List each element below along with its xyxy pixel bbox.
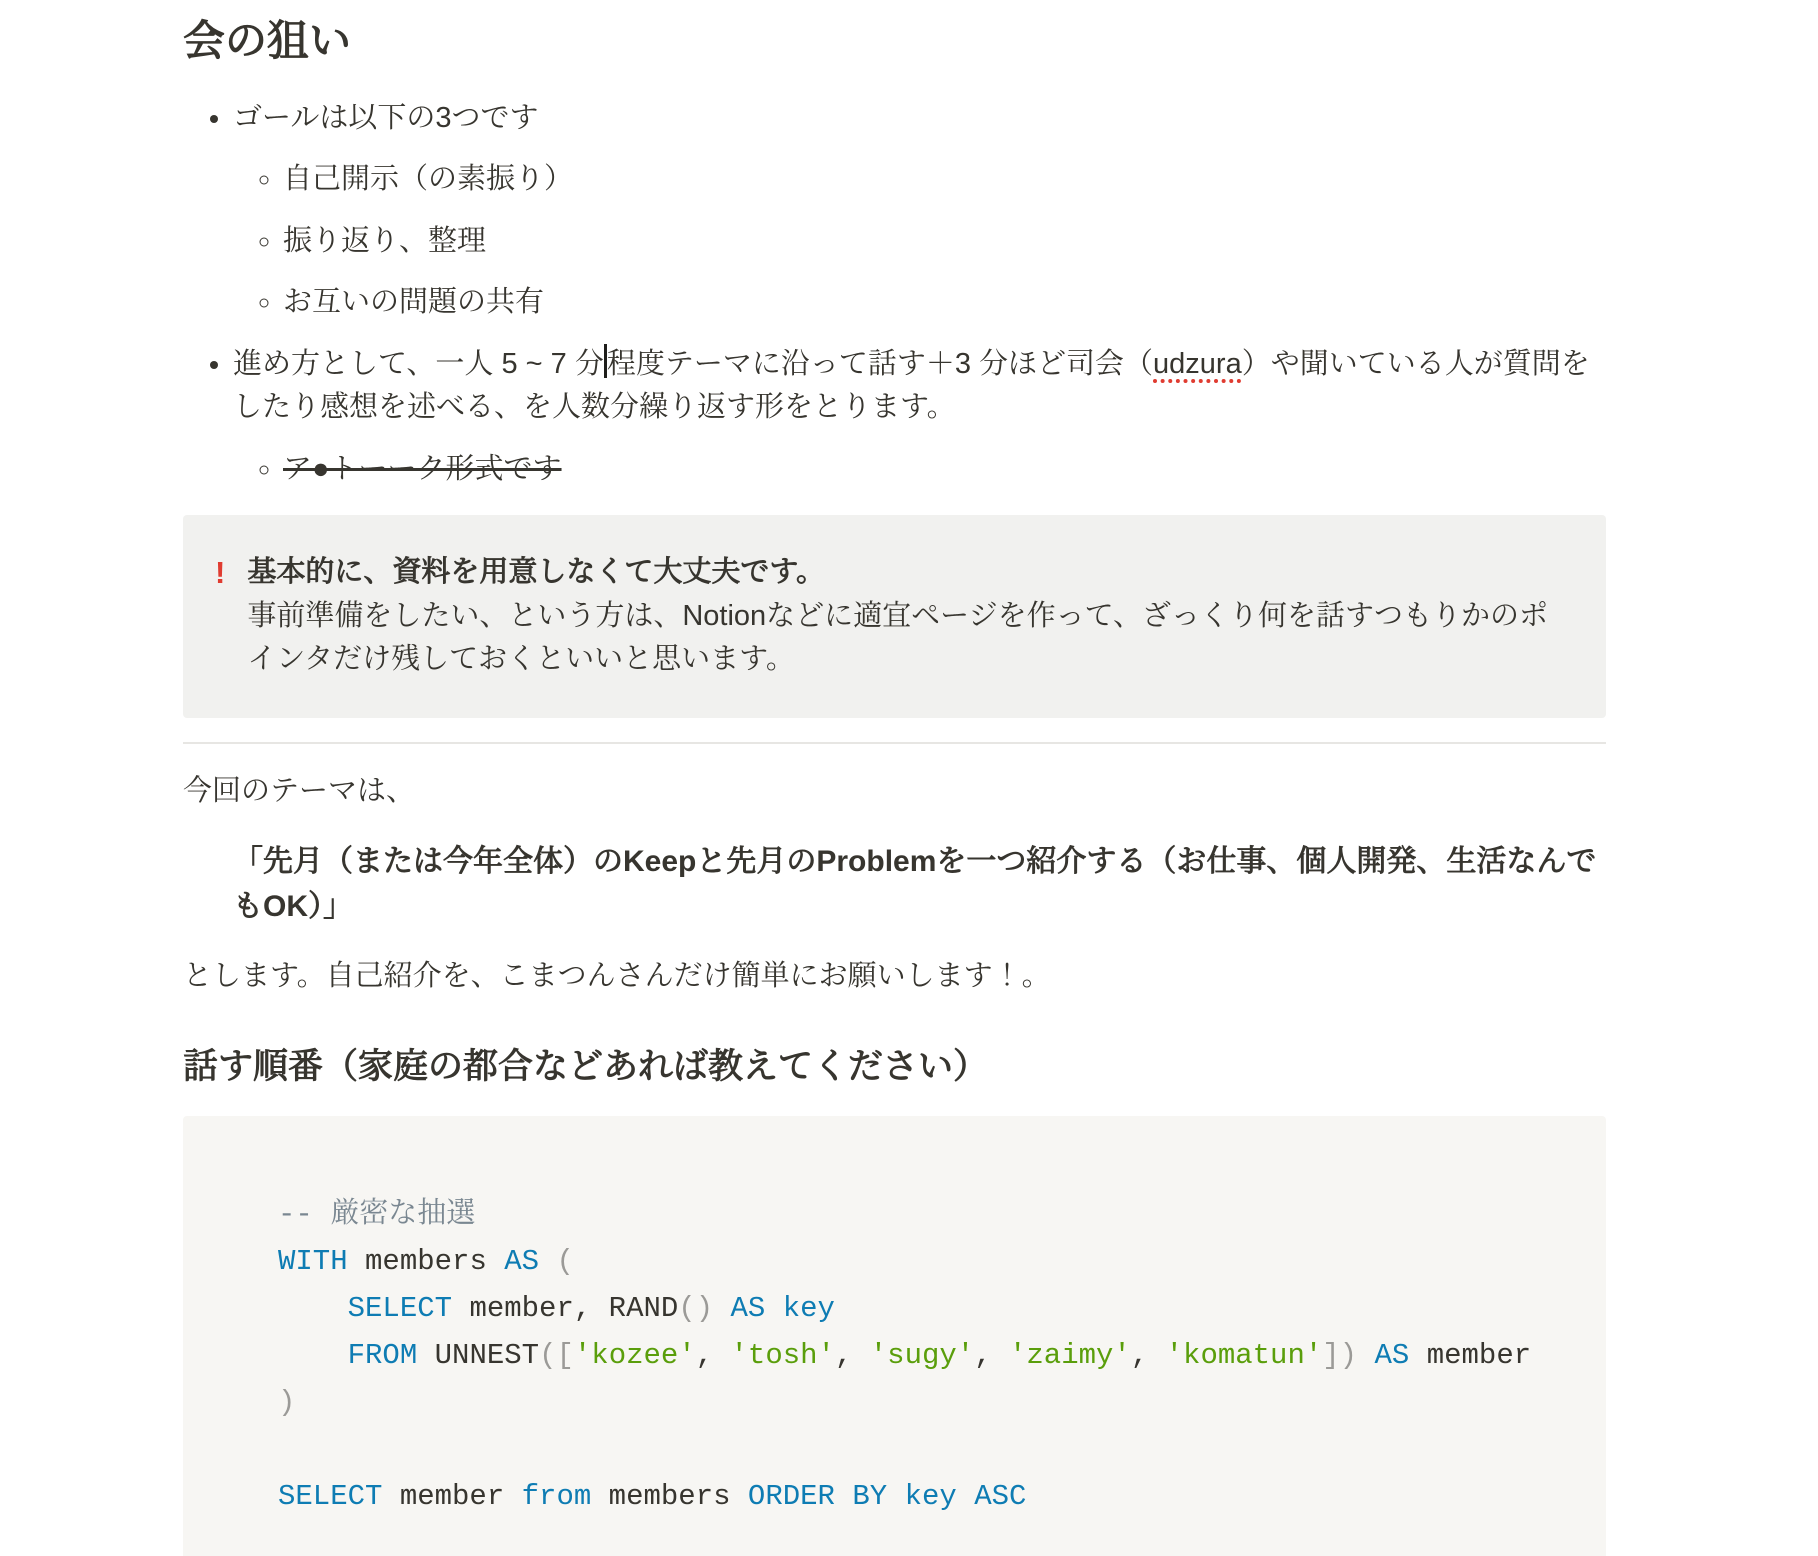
code-token-punct: ]) <box>1322 1339 1357 1372</box>
code-token-keyword: AS <box>504 1245 539 1278</box>
code-token-string: 'komatun' <box>1166 1339 1323 1372</box>
code-token-punct: ) <box>278 1386 295 1419</box>
goals-intro-text: ゴールは以下の3つです <box>233 102 539 134</box>
code-token-keyword: BY <box>852 1480 887 1513</box>
callout-text: 事前準備をしたい、という方は、Notionなどに適宜ページを作って、ざっくり何を… <box>247 595 1562 682</box>
section-title: 話す順番（家庭の都合などあれば教えてください） <box>183 1043 1606 1090</box>
code-token-plain: member, RAND <box>452 1292 678 1325</box>
list-item-goal: 自己開示（の素振り） <box>283 158 1606 202</box>
code-token-plain: , <box>696 1339 731 1372</box>
code-token-string: 'kozee' <box>574 1339 696 1372</box>
code-token-string: 'sugy' <box>870 1339 974 1372</box>
process-text-before-caret: 進め方として、一人 5 ~ 7 分 <box>233 348 604 380</box>
theme-outro: とします。自己紹介を、こまつんさんだけ簡単にお願いします！。 <box>183 955 1606 999</box>
code-token-plain: , <box>974 1339 1009 1372</box>
goal-text: お互いの問題の共有 <box>283 286 544 318</box>
code-token-plain <box>539 1245 556 1278</box>
callout-title: 基本的に、資料を用意しなくて大丈夫です。 <box>247 551 1562 595</box>
code-token-punct: ([ <box>539 1339 574 1372</box>
code-token-plain: member <box>382 1480 521 1513</box>
code-token-plain <box>835 1480 852 1513</box>
code-token-keyword: from <box>522 1480 592 1513</box>
code-token-punct: ( <box>556 1245 573 1278</box>
code-token-string: 'tosh' <box>731 1339 835 1372</box>
goal-text: 自己開示（の素振り） <box>283 163 573 195</box>
udzura-link[interactable]: udzura <box>1153 348 1242 380</box>
code-token-keyword: SELECT <box>278 1480 382 1513</box>
list-item-strikethrough: ア●トーーク形式です <box>283 448 1606 492</box>
process-sublist: ア●トーーク形式です <box>233 448 1606 492</box>
code-token-plain <box>957 1480 974 1513</box>
code-token-plain <box>278 1339 348 1372</box>
list-item-process: 進め方として、一人 5 ~ 7 分程度テーマに沿って話す＋3 分ほど司会（udz… <box>233 343 1606 492</box>
code-token-keyword: ORDER <box>748 1480 835 1513</box>
code-token-keyword: ASC <box>974 1480 1026 1513</box>
goals-sublist: 自己開示（の素振り） 振り返り、整理 お互いの問題の共有 <box>233 158 1606 325</box>
code-token-keyword: key <box>905 1480 957 1513</box>
code-token-plain <box>887 1480 904 1513</box>
theme-quote: 「先月（または今年全体）のKeepと先月のProblemを一つ紹介する（お仕事、… <box>183 839 1606 929</box>
code-token-keyword: WITH <box>278 1245 348 1278</box>
callout-body: 基本的に、資料を用意しなくて大丈夫です。 事前準備をしたい、という方は、Noti… <box>247 551 1562 682</box>
code-token-plain: , <box>1131 1339 1166 1372</box>
callout: ! 基本的に、資料を用意しなくて大丈夫です。 事前準備をしたい、という方は、No… <box>183 515 1606 718</box>
code-content: -- 厳密な抽選 WITH members AS ( SELECT member… <box>278 1198 1531 1513</box>
code-token-keyword: AS key <box>731 1292 835 1325</box>
code-token-plain: members <box>348 1245 505 1278</box>
code-token-keyword: AS <box>1375 1339 1410 1372</box>
process-text-after-caret: 程度テーマに沿って話す＋3 分ほど司会（ <box>607 348 1153 380</box>
goals-list: ゴールは以下の3つです 自己開示（の素振り） 振り返り、整理 お互いの問題の共有… <box>183 97 1606 492</box>
list-item-goals-intro: ゴールは以下の3つです 自己開示（の素振り） 振り返り、整理 お互いの問題の共有 <box>233 97 1606 325</box>
goal-text: 振り返り、整理 <box>283 225 486 257</box>
code-token-comment: -- 厳密な抽選 <box>278 1198 475 1231</box>
code-token-plain: members <box>591 1480 748 1513</box>
code-token-plain: member <box>1409 1339 1531 1372</box>
code-token-keyword: FROM <box>348 1339 418 1372</box>
code-token-keyword: SELECT <box>348 1292 452 1325</box>
document-page: 会の狙い ゴールは以下の3つです 自己開示（の素振り） 振り返り、整理 お互いの… <box>0 0 1606 1556</box>
code-block: -- 厳密な抽選 WITH members AS ( SELECT member… <box>183 1116 1606 1556</box>
theme-intro: 今回のテーマは、 <box>183 770 1606 814</box>
code-token-plain <box>278 1292 348 1325</box>
code-token-punct: () <box>678 1292 713 1325</box>
code-token-plain: UNNEST <box>417 1339 539 1372</box>
code-token-plain <box>1357 1339 1374 1372</box>
code-token-plain: , <box>835 1339 870 1372</box>
list-item-goal: 振り返り、整理 <box>283 220 1606 264</box>
list-item-goal: お互いの問題の共有 <box>283 281 1606 325</box>
code-token-plain <box>713 1292 730 1325</box>
page-title: 会の狙い <box>183 14 1606 69</box>
divider <box>183 742 1606 744</box>
strikethrough-text: ア●トーーク形式です <box>283 453 562 485</box>
code-token-string: 'zaimy' <box>1009 1339 1131 1372</box>
exclamation-icon: ! <box>215 551 225 596</box>
code-pre: -- 厳密な抽選 WITH members AS ( SELECT member… <box>278 1190 1566 1519</box>
